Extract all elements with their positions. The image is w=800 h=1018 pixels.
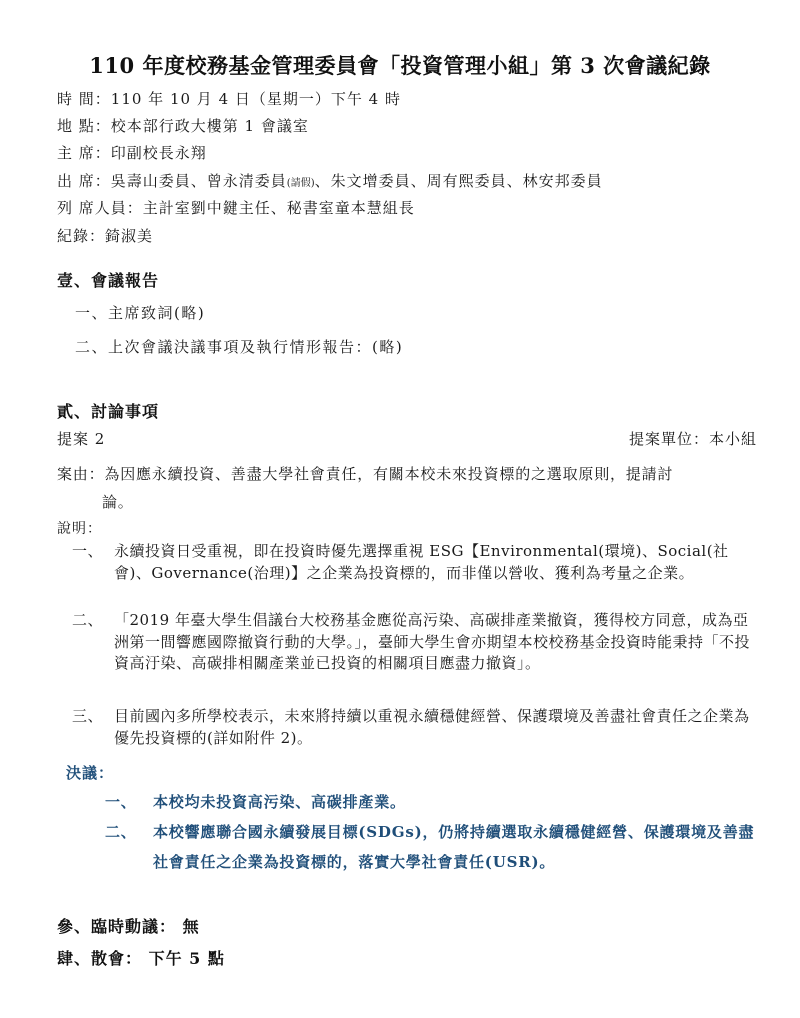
proposal-reason-line1: 案由：為因應永續投資、善盡大學社會責任，有關本校未來投資標的之選取原則，提請討 — [57, 465, 673, 483]
document-title: 110 年度校務基金管理委員會「投資管理小組」第 3 次會議紀錄 — [0, 50, 800, 80]
attendees-list-part2: 、朱文增委員、周有熙委員、林安邦委員 — [315, 172, 603, 190]
explanation-item-text: 「2019 年臺大學生倡議台大校務基金應從高污染、高碳排產業撤資，獲得校方同意，… — [114, 610, 762, 675]
explanation-item-text: 永續投資日受重視，即在投資時優先選擇重視 ESG【Environmental(環… — [114, 541, 762, 584]
explanation-item: 三、 目前國內多所學校表示，未來將持續以重視永續穩健經營、保護環境及善盡社會責任… — [72, 706, 762, 749]
meeting-place: 地 點：校本部行政大樓第 1 會議室 — [57, 115, 309, 136]
meeting-time-label: 時 間： — [57, 90, 111, 108]
attendees-list-part1: 吳壽山委員、曾永清委員 — [111, 172, 287, 190]
meeting-time: 時 間：110 年 10 月 4 日（星期一）下午 4 時 — [57, 88, 401, 109]
proposal-unit: 提案單位：本小組 — [629, 428, 757, 449]
meeting-place-label: 地 點： — [57, 117, 111, 135]
recorder-value: 錡淑美 — [105, 227, 153, 245]
meeting-time-value: 110 年 10 月 4 日（星期一）下午 4 時 — [111, 90, 401, 108]
resolution-item: 二、 本校響應聯合國永續發展目標(SDGs)，仍將持續選取永續穩健經營、保護環境… — [105, 817, 765, 877]
section-extempore-motions: 參、臨時動議： 無 — [57, 914, 200, 937]
report-item-chair-speech: 一、主席致詞(略) — [75, 302, 205, 323]
resolution-item-text: 本校響應聯合國永續發展目標(SDGs)，仍將持續選取永續穩健經營、保護環境及善盡… — [153, 817, 765, 877]
meeting-chair-label: 主 席： — [57, 144, 111, 162]
observers-label: 列 席人員： — [57, 199, 143, 217]
explanation-item-text: 目前國內多所學校表示，未來將持續以重視永續穩健經營、保護環境及善盡社會責任之企業… — [114, 706, 762, 749]
meeting-observers: 列 席人員：主計室劉中鍵主任、秘書室童本慧組長 — [57, 197, 415, 218]
proposal-row: 提案 2 提案單位：本小組 — [57, 428, 757, 449]
explanation-item: 一、 永續投資日受重視，即在投資時優先選擇重視 ESG【Environmenta… — [72, 541, 762, 584]
meeting-chair-value: 印副校長永翔 — [111, 144, 207, 162]
resolution-item-number: 二、 — [105, 817, 137, 847]
section-discussion-heading: 貳、討論事項 — [57, 399, 159, 422]
resolution-item: 一、 本校均未投資高污染、高碳排產業。 — [105, 787, 765, 817]
explanation-item-number: 一、 — [72, 541, 112, 563]
resolution-label: 決議： — [66, 762, 114, 783]
meeting-attendees: 出 席：吳壽山委員、曾永清委員(請假)、朱文增委員、周有熙委員、林安邦委員 — [57, 170, 603, 191]
resolution-item-number: 一、 — [105, 787, 137, 817]
meeting-chair: 主 席：印副校長永翔 — [57, 142, 207, 163]
observers-value: 主計室劉中鍵主任、秘書室童本慧組長 — [143, 199, 415, 217]
explanation-label: 說明： — [57, 518, 102, 538]
meeting-recorder: 紀錄：錡淑美 — [57, 225, 153, 246]
recorder-label: 紀錄： — [57, 227, 105, 245]
explanation-item-number: 二、 — [72, 610, 112, 632]
section-meeting-report-heading: 壹、會議報告 — [57, 268, 159, 291]
proposal-reason-line2: 論。 — [57, 488, 762, 516]
report-item-previous-resolutions: 二、上次會議決議事項及執行情形報告：(略) — [75, 336, 403, 357]
meeting-place-value: 校本部行政大樓第 1 會議室 — [111, 117, 309, 135]
proposal-reason: 案由：為因應永續投資、善盡大學社會責任，有關本校未來投資標的之選取原則，提請討 … — [57, 460, 762, 516]
proposal-number: 提案 2 — [57, 430, 105, 448]
meeting-minutes-page: 110 年度校務基金管理委員會「投資管理小組」第 3 次會議紀錄 時 間：110… — [0, 0, 800, 1018]
explanation-item-number: 三、 — [72, 706, 112, 728]
leave-note: (請假) — [287, 178, 315, 189]
explanation-item: 二、 「2019 年臺大學生倡議台大校務基金應從高污染、高碳排產業撤資，獲得校方… — [72, 610, 762, 675]
attendees-label: 出 席： — [57, 172, 111, 190]
resolution-item-text: 本校均未投資高污染、高碳排產業。 — [153, 787, 765, 817]
section-adjournment: 肆、散會： 下午 5 點 — [57, 946, 225, 969]
